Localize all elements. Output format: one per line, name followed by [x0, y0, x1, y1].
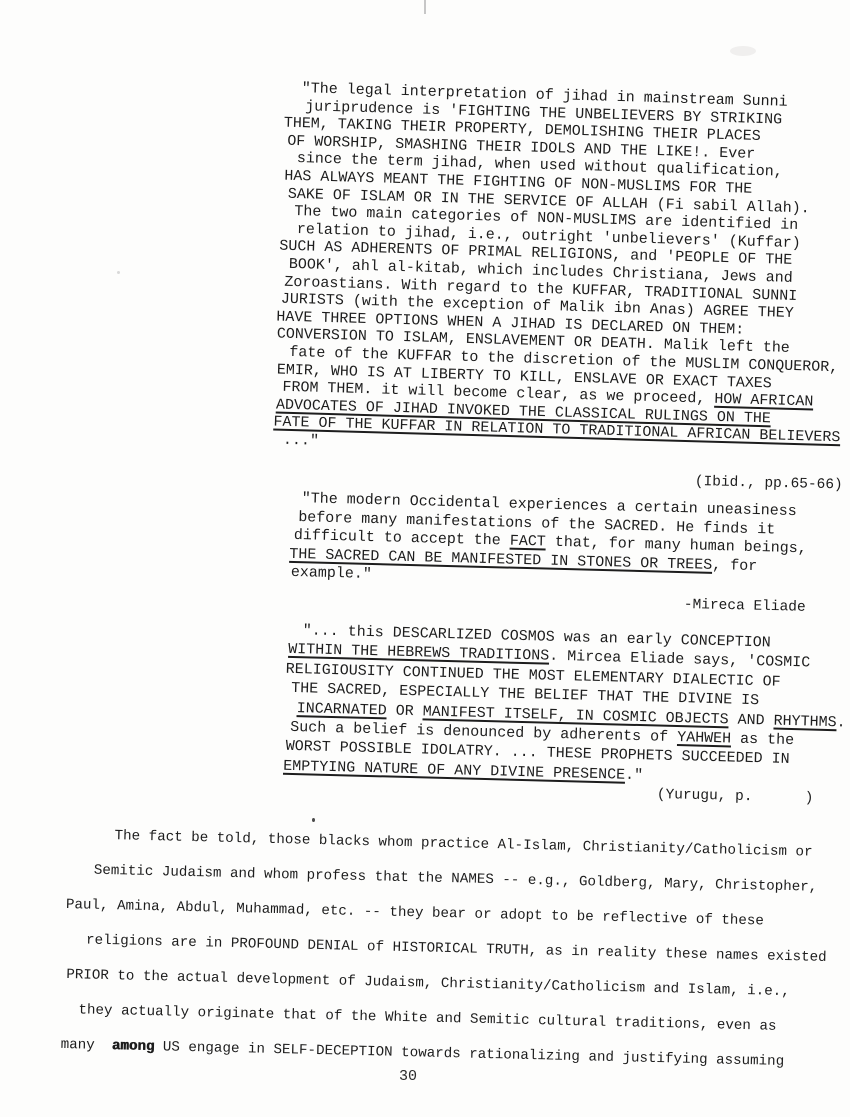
page-number: 30	[399, 1068, 417, 1085]
body-paragraph: The fact be told, those blacks whom prac…	[60, 818, 850, 1081]
scan-speck	[117, 271, 120, 274]
scan-artifact-line	[424, 0, 426, 14]
citation-yurugu: (Yurugu, p. )	[657, 787, 814, 807]
citation-ibid: (Ibid., pp.65-66)	[695, 474, 843, 493]
blockquote-jihad: "The legal interpretation of jihad in ma…	[287, 80, 850, 465]
scanned-document-page: "The legal interpretation of jihad in ma…	[0, 0, 850, 1117]
scan-speck	[312, 818, 315, 822]
blockquote-sacred: "The modern Occidental experiences a cer…	[295, 490, 808, 596]
attribution-mireca-eliade: -Mireca Eliade	[684, 597, 806, 616]
blockquote-cosmos: "... this DESCARLIZED COSMOS was an earl…	[291, 621, 848, 791]
scan-smudge	[730, 46, 756, 56]
